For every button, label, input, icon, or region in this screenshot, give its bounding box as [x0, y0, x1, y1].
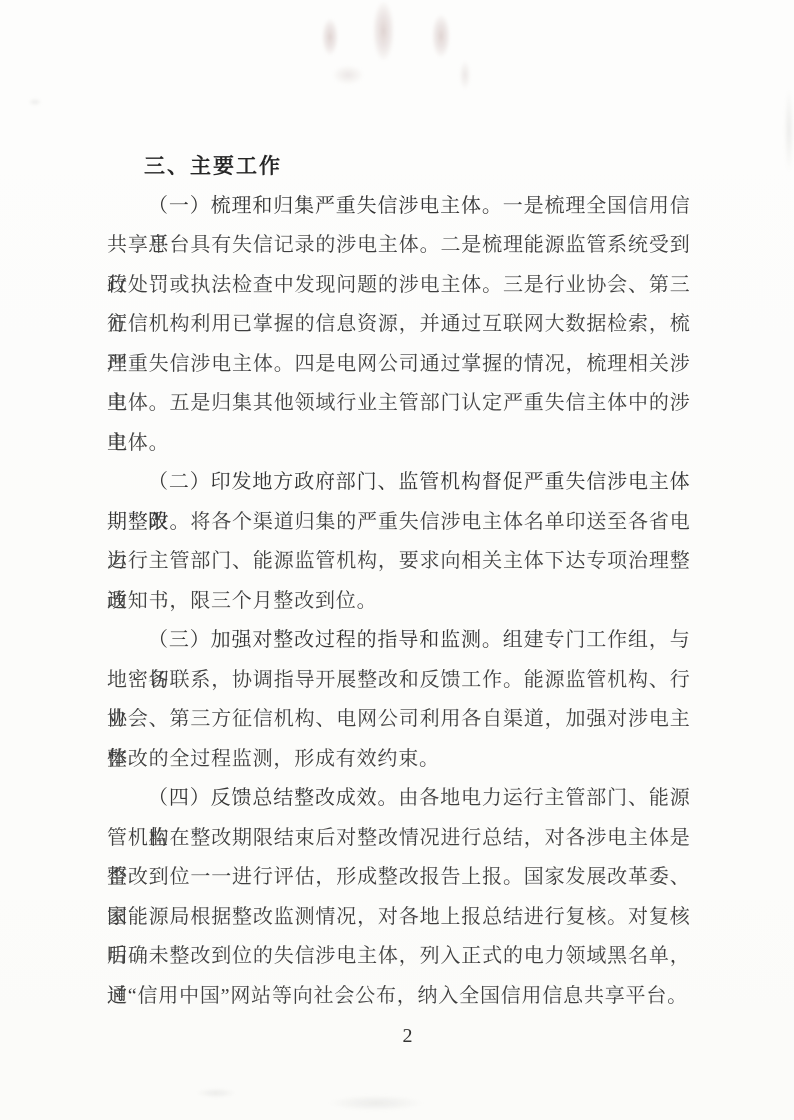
document-content: 三、主要工作 （一）梳理和归集严重失信涉电主体。一是梳理全国信用信息共享平台具有…: [107, 147, 690, 1049]
paragraph-text: 主体。: [107, 432, 169, 454]
text-line: 家能源局根据整改监测情况，对各地上报总结进行复核。对复核后: [107, 898, 690, 938]
paragraph-lead-text: （四）反馈总结整改成效。: [148, 787, 398, 809]
scan-artifact: [328, 1095, 424, 1111]
text-line: 期整改。将各个渠道归集的严重失信涉电主体名单印送至各省电力: [107, 503, 690, 543]
paragraph-text: 通知书，限三个月整改到位。: [107, 590, 377, 612]
text-line: （四）反馈总结整改成效。由各地电力运行主管部门、能源监: [107, 779, 690, 819]
text-line: （三）加强对整改过程的指导和监测。组建专门工作组，与各: [107, 621, 690, 661]
text-line: 主体。五是归集其他领域行业主管部门认定严重失信主体中的涉电: [107, 384, 690, 424]
stamp-smudge: [322, 19, 338, 55]
text-line: （二）印发地方政府部门、监管机构督促严重失信涉电主体限: [107, 463, 690, 503]
paragraph-text: 过“信用中国”网站等向社会公布，纳入全国信用信息共享平台。: [107, 985, 688, 1007]
page-number: 2: [107, 1023, 690, 1049]
stamp-smudge: [459, 60, 471, 90]
stamp-smudge: [432, 15, 450, 57]
paragraph-text: 整改的全过程监测，形成有效约束。: [107, 748, 440, 770]
paragraph-lead-text: （一）梳理和归集严重失信涉电主体。: [148, 195, 503, 217]
text-line: 严重失信涉电主体。四是电网公司通过掌握的情况，梳理相关涉电: [107, 345, 690, 385]
text-line: 协会、第三方征信机构、电网公司利用各自渠道，加强对涉电主体: [107, 700, 690, 740]
text-line: 过“信用中国”网站等向社会公布，纳入全国信用信息共享平台。: [107, 977, 690, 1017]
text-line: 征信机构利用已掌握的信息资源，并通过互联网大数据检索，梳理: [107, 305, 690, 345]
scan-artifact: [28, 98, 42, 106]
section-heading: 三、主要工作: [107, 147, 690, 187]
document-page: 三、主要工作 （一）梳理和归集严重失信涉电主体。一是梳理全国信用信息共享平台具有…: [0, 0, 794, 1120]
document-body: （一）梳理和归集严重失信涉电主体。一是梳理全国信用信息共享平台具有失信记录的涉电…: [107, 187, 690, 1017]
scan-artifact: [196, 1088, 236, 1098]
scan-artifact: [784, 88, 794, 172]
text-line: 地密切联系，协调指导开展整改和反馈工作。能源监管机构、行业: [107, 661, 690, 701]
text-line: 明确未整改到位的失信涉电主体，列入正式的电力领域黑名单，通: [107, 937, 690, 977]
text-line: 管机构在整改期限结束后对整改情况进行总结，对各涉电主体是否: [107, 819, 690, 859]
text-line: 运行主管部门、能源监管机构，要求向相关主体下达专项治理整改: [107, 542, 690, 582]
paragraph-lead-text: 期整改。: [107, 511, 190, 533]
stamp-smudge: [373, 2, 394, 60]
stamp-smudge: [332, 65, 364, 85]
text-line: 主体。: [107, 424, 690, 464]
text-line: 政处罚或执法检查中发现问题的涉电主体。三是行业协会、第三方: [107, 266, 690, 306]
text-line: 共享平台具有失信记录的涉电主体。二是梳理能源监管系统受到行: [107, 226, 690, 266]
paragraph-lead-text: （三）加强对整改过程的指导和监测。: [148, 629, 503, 651]
text-line: 通知书，限三个月整改到位。: [107, 582, 690, 622]
text-line: （一）梳理和归集严重失信涉电主体。一是梳理全国信用信息: [107, 187, 690, 227]
text-line: 整改到位一一进行评估，形成整改报告上报。国家发展改革委、国: [107, 858, 690, 898]
text-line: 整改的全过程监测，形成有效约束。: [107, 740, 690, 780]
